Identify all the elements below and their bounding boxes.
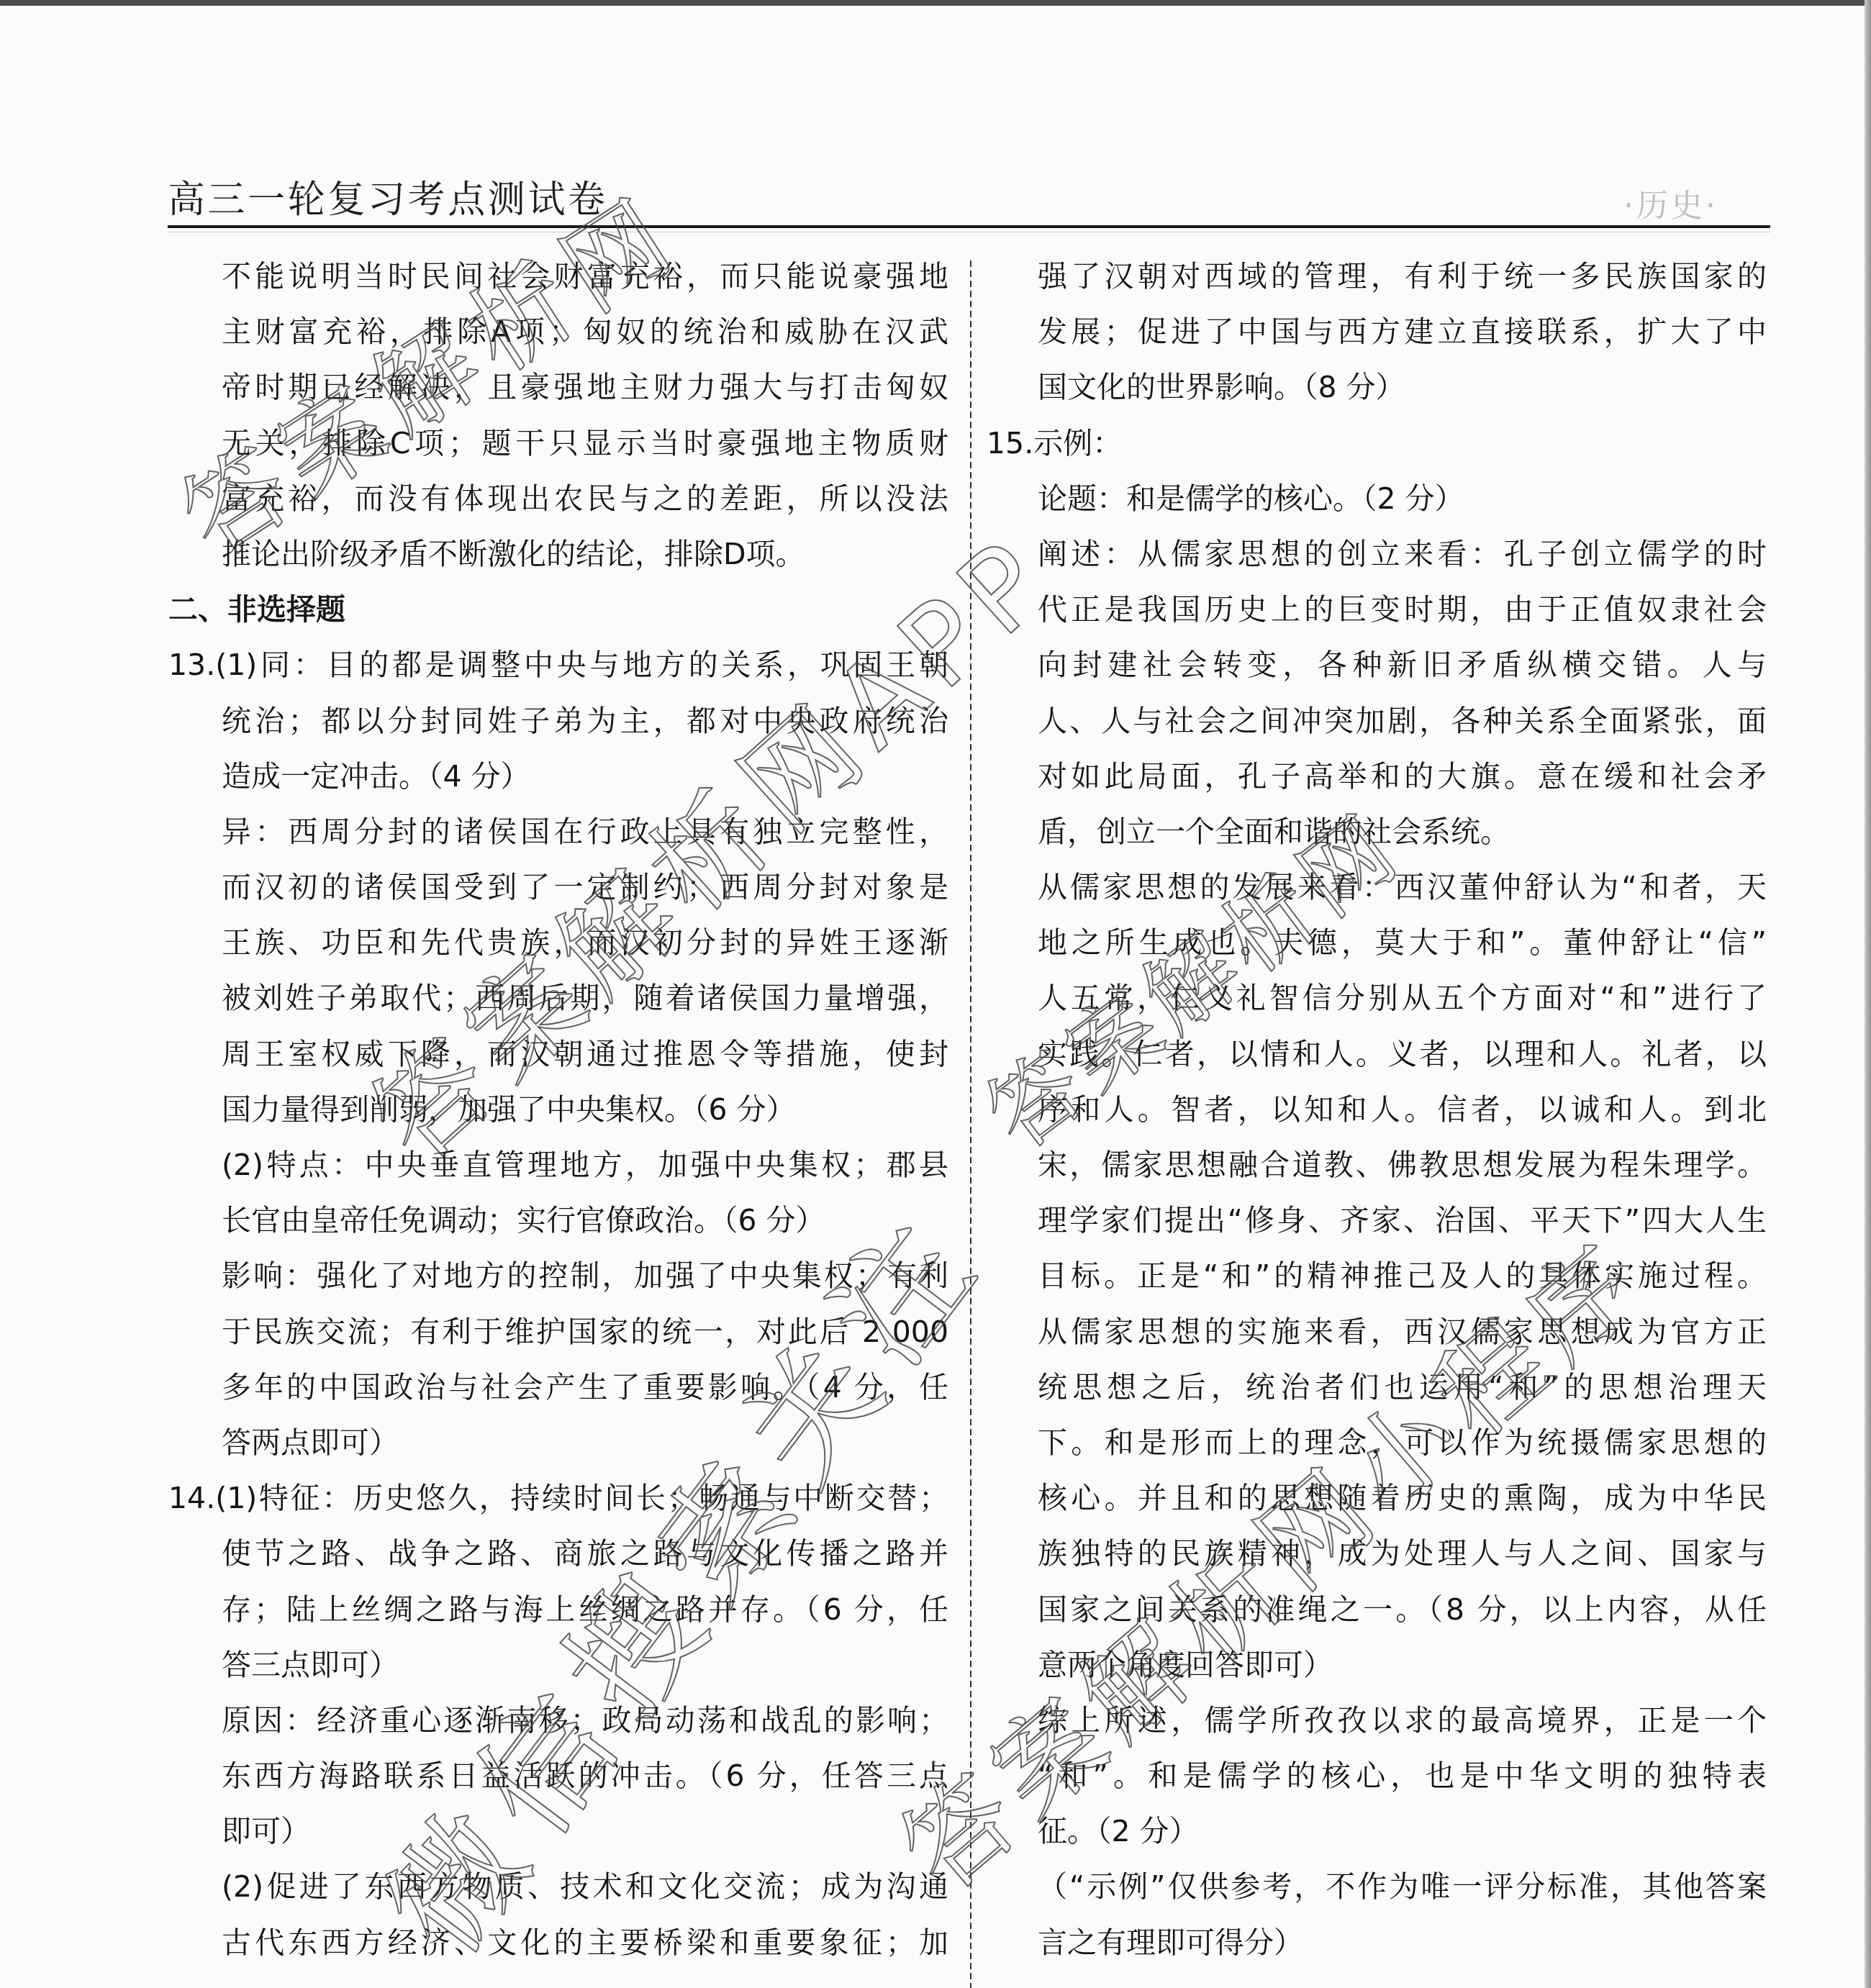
page-title: 高三一轮复习考点测试卷	[168, 178, 608, 222]
section-heading: 二、非选择题	[168, 582, 948, 637]
text-line: 对如此局面，孔子高举和的大旗。意在缓和社会矛	[987, 749, 1767, 804]
text-line: 征。（2 分）	[987, 1804, 1767, 1859]
text-line: 意两个角度回答即可）	[987, 1638, 1767, 1693]
text-line: 长官由皇帝任免调动；实行官僚政治。（6 分）	[168, 1193, 948, 1248]
text-line: 向封建社会转变，各种新旧矛盾纵横交错。人与	[987, 637, 1767, 693]
header-rule	[168, 225, 1770, 228]
text-line: 统思想之后，统治者们也运用“和”的思想治理天	[987, 1360, 1767, 1415]
text-line: 目标。正是“和”的精神推己及人的具体实施过程。	[987, 1248, 1767, 1304]
text-line: 使节之路、战争之路、商旅之路与文化传播之路并	[168, 1526, 948, 1581]
text-line: 富充裕，而没有体现出农民与之的差距，所以没法	[168, 471, 948, 527]
text-line: 王族、功臣和先代贵族，而汉初分封的异姓王逐渐	[168, 915, 948, 971]
text-line: 原因：经济重心逐渐南移；政局动荡和战乱的影响；	[168, 1693, 948, 1748]
question-14-line: 14.(1)特征：历史悠久，持续时间长；畅通与中断交替；	[168, 1471, 948, 1526]
text-line: 核心。并且和的思想随着历史的熏陶，成为中华民	[987, 1471, 1767, 1526]
text-line: 国力量得到削弱，加强了中央集权。（6 分）	[168, 1082, 948, 1138]
text-line: 地之所生成也。夫德，莫大于和”。董仲舒让“信”	[987, 915, 1767, 971]
text-line: 而汉初的诸侯国受到了一定制约；西周分封对象是	[168, 860, 948, 915]
question-15-line: 15.示例：	[987, 416, 1767, 471]
text-line: 周王室权威下降，而汉朝通过推恩令等措施，使封	[168, 1027, 948, 1082]
text-line: 即可）	[168, 1804, 948, 1859]
text-line: 从儒家思想的实施来看，西汉儒家思想成为官方正	[987, 1304, 1767, 1360]
text-line: 理学家们提出“修身、齐家、治国、平天下”四大人生	[987, 1193, 1767, 1248]
text-line: 推论出阶级矛盾不断激化的结论，排除D项。	[168, 527, 948, 582]
scan-edge-right	[1865, 0, 1871, 1988]
text-line: 发展；促进了中国与西方建立直接联系，扩大了中	[987, 304, 1767, 360]
text-line: 无关，排除C项；题干只显示当时豪强地主物质财	[168, 416, 948, 471]
scan-edge-top	[0, 0, 1871, 6]
text-line: 于民族交流；有利于维护国家的统一，对此后 2 000	[168, 1304, 948, 1360]
text-line: 国家之间关系的准绳之一。（8 分，以上内容，从任	[987, 1582, 1767, 1638]
text-line: 主财富充裕，排除A项；匈奴的统治和威胁在汉武	[168, 304, 948, 360]
text-line: 综上所述，儒学所孜孜以求的最高境界，正是一个	[987, 1693, 1767, 1748]
text-line: 从儒家思想的发展来看：西汉董仲舒认为“和者，天	[987, 860, 1767, 915]
text-line: 论题：和是儒学的核心。（2 分）	[987, 471, 1767, 527]
text-line: 造成一定冲击。（4 分）	[168, 749, 948, 804]
text-line: 宋，儒家思想融合道教、佛教思想发展为程朱理学。	[987, 1138, 1767, 1193]
header-rule-thin	[168, 232, 1770, 232]
text-line: 影响：强化了对地方的控制，加强了中央集权；有利	[168, 1248, 948, 1304]
text-line: 异：西周分封的诸侯国在行政上具有独立完整性，	[168, 804, 948, 860]
text-line: 不能说明当时民间社会财富充裕，而只能说豪强地	[168, 249, 948, 304]
subject-label: ·历史·	[1623, 189, 1718, 224]
text-line: 人、人与社会之间冲突加剧，各种关系全面紧张，面	[987, 694, 1767, 749]
text-line: (2)促进了东西方物质、技术和文化交流；成为沟通	[168, 1859, 948, 1915]
text-line: “和”。和是儒学的核心，也是中华文明的独特表	[987, 1748, 1767, 1804]
question-13-line: 13.(1)同：目的都是调整中央与地方的关系，巩固王朝	[168, 637, 948, 693]
text-line: 国文化的世界影响。（8 分）	[987, 360, 1767, 415]
text-line: 答两点即可）	[168, 1415, 948, 1471]
text-line: 阐述：从儒家思想的创立来看：孔子创立儒学的时	[987, 527, 1767, 582]
text-line: 答三点即可）	[168, 1638, 948, 1693]
text-line: 言之有理即可得分）	[987, 1915, 1767, 1971]
text-line: 东西方海路联系日益活跃的冲击。（6 分，任答三点	[168, 1748, 948, 1804]
text-line: 实践。仁者，以情和人。义者，以理和人。礼者，以	[987, 1027, 1767, 1082]
text-line: （“示例”仅供参考，不作为唯一评分标准，其他答案	[987, 1859, 1767, 1915]
text-line: 被刘姓子弟取代；西周后期，随着诸侯国力量增强，	[168, 971, 948, 1026]
column-divider	[970, 260, 971, 1988]
text-line: 帝时期已经解决，且豪强地主财力强大与打击匈奴	[168, 360, 948, 415]
text-line: 古代东西方经济、文化的主要桥梁和重要象征；加	[168, 1915, 948, 1971]
text-line: 序和人。智者，以知和人。信者，以诚和人。到北	[987, 1082, 1767, 1138]
text-line: 强了汉朝对西域的管理，有利于统一多民族国家的	[987, 249, 1767, 304]
text-line: 存；陆上丝绸之路与海上丝绸之路并存。（6 分，任	[168, 1582, 948, 1638]
text-line: 多年的中国政治与社会产生了重要影响。（4 分，任	[168, 1360, 948, 1415]
text-line: 统治；都以分封同姓子弟为主，都对中央政府统治	[168, 694, 948, 749]
right-column: 强了汉朝对西域的管理，有利于统一多民族国家的 发展；促进了中国与西方建立直接联系…	[987, 249, 1767, 1971]
text-line: 下。和是形而上的理念，可以作为统摄儒家思想的	[987, 1415, 1767, 1471]
text-line: 盾，创立一个全面和谐的社会系统。	[987, 804, 1767, 860]
left-column: 不能说明当时民间社会财富充裕，而只能说豪强地 主财富充裕，排除A项；匈奴的统治和…	[168, 249, 948, 1971]
text-line: 族独特的民族精神，成为处理人与人之间、国家与	[987, 1526, 1767, 1581]
text-line: 代正是我国历史上的巨变时期，由于正值奴隶社会	[987, 582, 1767, 637]
text-line: 人五常，仁义礼智信分别从五个方面对“和”进行了	[987, 971, 1767, 1026]
text-line: (2)特点：中央垂直管理地方，加强中央集权；郡县	[168, 1138, 948, 1193]
